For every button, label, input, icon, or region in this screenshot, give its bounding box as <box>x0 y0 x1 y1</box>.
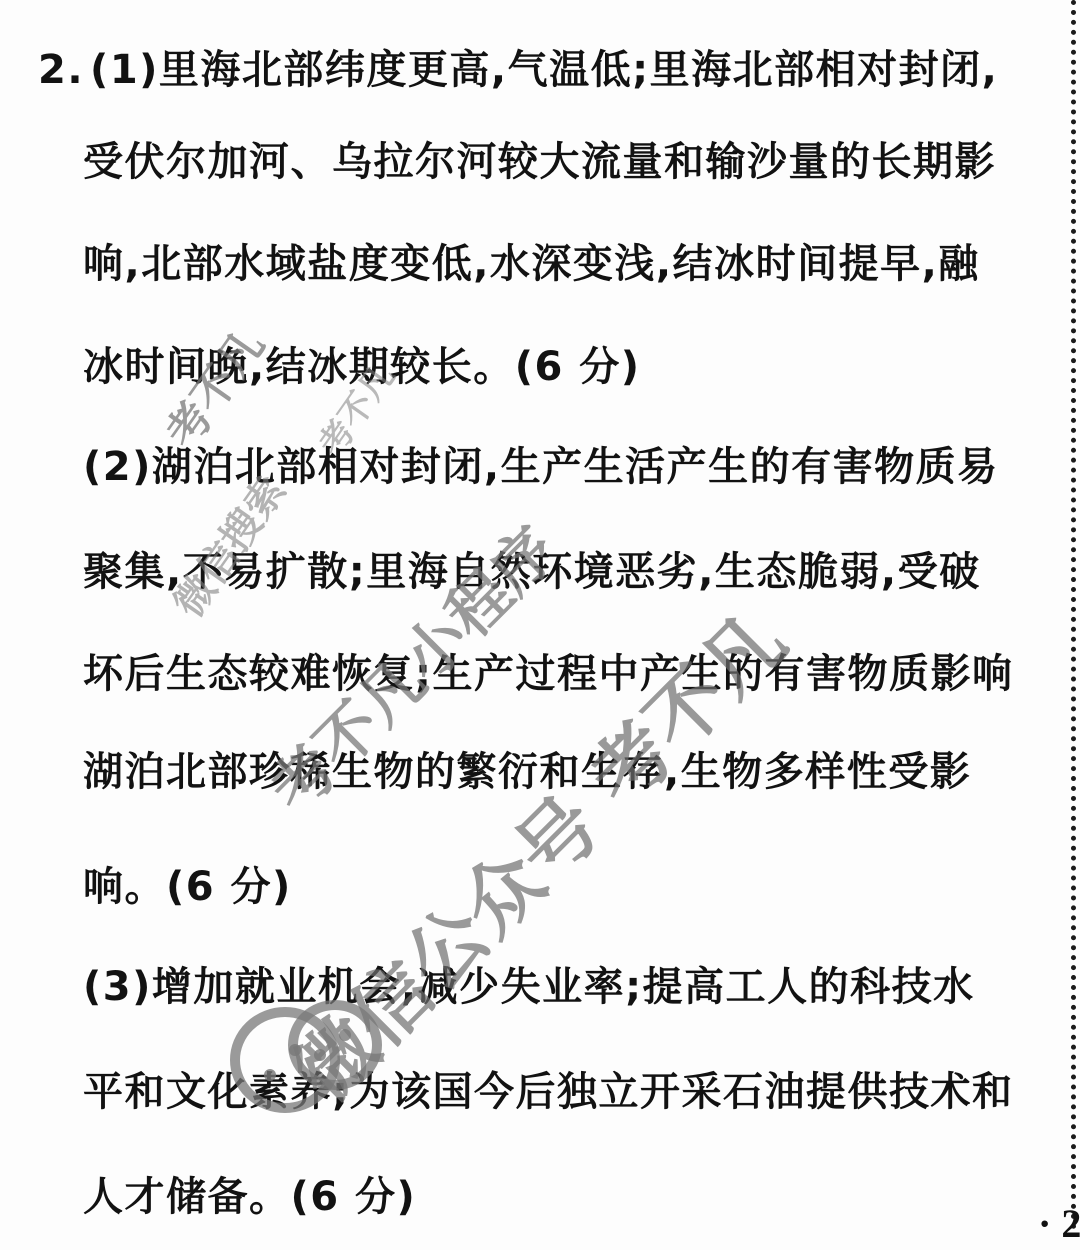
question-number: 2. <box>38 47 84 93</box>
answer-line-12: 人才储备。(6 分) <box>83 1173 416 1221</box>
answer-line-8: 湖泊北部珍稀生物的繁衍和生存,生物多样性受影 <box>83 748 971 796</box>
dotted-margin-border <box>1071 0 1076 1230</box>
answer-line-11: 平和文化素养;为该国今后独立开采石油提供技术和 <box>83 1068 1014 1116</box>
answer-line-2: 受伏尔加河、乌拉尔河较大流量和输沙量的长期影 <box>83 138 996 186</box>
answer-line-3: 响,北部水域盐度变低,水深变浅,结冰时间提早,融 <box>83 240 980 288</box>
page-number: · 2 <box>1038 1200 1080 1247</box>
answer-line-7: 坏后生态较难恢复;生产过程中产生的有害物质影响 <box>83 650 1014 698</box>
answer-line-1: 2.(1)里海北部纬度更高,气温低;里海北部相对封闭, <box>38 46 998 94</box>
answer-line-4: 冰时间晚,结冰期较长。(6 分) <box>83 343 641 391</box>
answer-line-10: (3)增加就业机会,减少失业率;提高工人的科技水 <box>83 963 975 1011</box>
answer-page: 2.(1)里海北部纬度更高,气温低;里海北部相对封闭, 受伏尔加河、乌拉尔河较大… <box>0 0 1080 1250</box>
answer-line-9: 响。(6 分) <box>83 863 292 911</box>
answer-text: (1)里海北部纬度更高,气温低;里海北部相对封闭, <box>90 47 998 93</box>
answer-line-5: (2)湖泊北部相对封闭,生产生活产生的有害物质易 <box>83 443 999 491</box>
answer-line-6: 聚集,不易扩散;里海自然环境恶劣,生态脆弱,受破 <box>83 548 981 596</box>
